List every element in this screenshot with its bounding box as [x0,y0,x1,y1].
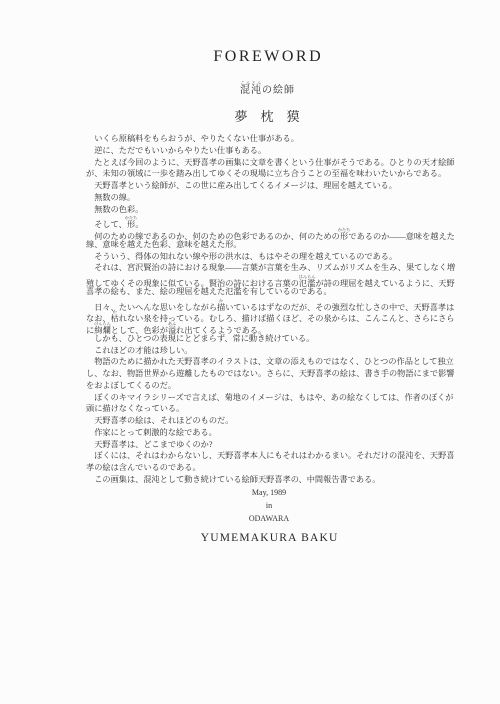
text-line: いくら原稿料をもらおうが、やりたくない仕事がある。 [86,133,452,145]
text-line: をおよぼしてくるのだ。 [86,380,452,392]
text-line: 無数の色彩。 [86,204,452,216]
text-line: 天野喜孝の絵は、それほどのものだ。 [86,415,452,427]
text-line: が、未知の領域に一歩を踏み出してゆくその現場に立ち合うことの至福を味わいたいから… [86,168,452,180]
text-line: 作家にとって刺激的な絵である。 [86,427,452,439]
text-line: 孝の絵は含んでいるのである。 [86,462,452,474]
book-page: FOREWORD 混沌こんとんの絵師 夢 枕 獏 いくら原稿料をもらおうが、やり… [0,0,500,704]
text-line: 日々、たいへんな思いをしながら描かいているはずなのだが、その強烈な忙しさの中で、… [86,298,452,310]
page-title: FOREWORD [86,48,448,66]
text-line: それは、宮沢賢治の詩における現象——言葉が言葉を生み、リズムがリズムを生み、果て… [86,262,452,274]
text-line: 物語のために描かれた天野喜孝のイラストは、文章の添えものではなく、ひとつの作品と… [86,356,452,368]
text-line: 無数の線。 [86,192,452,204]
text-line: 天野喜孝は、どこまでゆくのか? [86,439,452,451]
text-line: しかも、ひとつの表現にとどまらず、常に動き続けている。 [86,333,452,345]
text-line: そういう、得体の知れない線や形の洪水は、もはやその理を越えているのである。 [86,251,452,263]
text-line: 殖してゆくその現象に似ている。賢治の詩における言葉の氾濫はんらんが詩の理屈を越え… [86,274,452,286]
text-line: これほどの才能は珍しい。 [86,345,452,357]
subtitle: 混沌こんとんの絵師 [86,80,448,98]
text-line: 逆に、ただでもいいからやりたい仕事もある。 [86,145,452,157]
colophon-place: ODAWARA [86,512,452,525]
text-line: し、なお、物語世界から遊離したものではない。さらに、天野喜孝の絵は、書き手の物語… [86,368,452,380]
author-name: 夢 枕 獏 [86,109,448,124]
colophon: May, 1989 in ODAWARA [86,486,452,526]
foreword-text: いくら原稿料をもらおうが、やりたくない仕事がある。 逆に、ただでもいいからやりた… [86,133,452,486]
text-line: ぼくのキマイラシリーズで言えば、菊地のイメージは、もはや、あの絵なくしては、作者… [86,392,452,404]
text-line: この画集は、混沌として動き続けている絵師天野喜孝の、中間報告書である。 [86,474,452,486]
text-line: 天野喜孝という絵師が、この世に産み出してくるイメージは、理屈を越えている。 [86,180,452,192]
text-line: そして、形かたち。 [86,215,452,227]
colophon-in: in [86,499,452,512]
author-signature: YUMEMAKURA BAKU [86,532,452,544]
text-line: 頭に描けなくなっている。 [86,403,452,415]
colophon-date: May, 1989 [86,486,452,499]
text-line: たとえば今回のように、天野喜孝の画集に文章を書くという仕事がそうである。ひとりの… [86,157,452,169]
text-line: ぼくには、それはわからないし、天野喜孝本人にもそれはわかるまい。それだけの混沌を… [86,450,452,462]
